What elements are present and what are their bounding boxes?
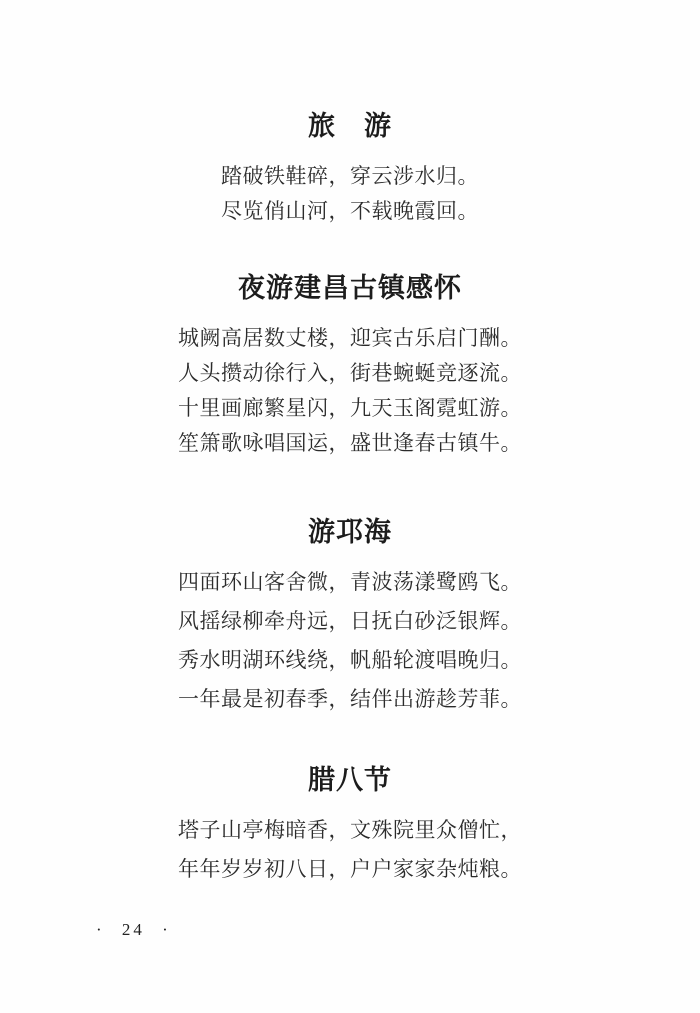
page-content: 旅 游 踏破铁鞋碎，穿云涉水归。尽览俏山河，不载晚霞回。 夜游建昌古镇感怀 城阙… — [0, 112, 700, 882]
poem-line: 踏破铁鞋碎，穿云涉水归。 — [0, 164, 700, 189]
poem-section: 夜游建昌古镇感怀 城阙高居数丈楼，迎宾古乐启门酬。人头攒动徐行入，街巷蜿蜒竞逐流… — [0, 274, 700, 456]
poem-section: 腊八节 塔子山亭梅暗香，文殊院里众僧忙，年年岁岁初八日，户户家家杂炖粮。 — [0, 766, 700, 882]
poem-line: 塔子山亭梅暗香，文殊院里众僧忙， — [0, 818, 700, 843]
poem-section: 旅 游 踏破铁鞋碎，穿云涉水归。尽览俏山河，不载晚霞回。 — [0, 112, 700, 224]
poem-line: 四面环山客舍微，青波荡漾鹭鸥飞。 — [0, 570, 700, 595]
poem-line: 一年最是初春季，结伴出游趁芳菲。 — [0, 687, 700, 712]
poem-title: 腊八节 — [0, 766, 700, 794]
poem-line: 秀水明湖环线绕，帆船轮渡唱晚归。 — [0, 648, 700, 673]
poem-section: 游邛海 四面环山客舍微，青波荡漾鹭鸥飞。风摇绿柳牵舟远，日抚白砂泛银辉。秀水明湖… — [0, 518, 700, 712]
poem-line: 年年岁岁初八日，户户家家杂炖粮。 — [0, 857, 700, 882]
poem-title: 夜游建昌古镇感怀 — [0, 274, 700, 302]
poem-line: 十里画廊繁星闪，九天玉阁霓虹游。 — [0, 396, 700, 421]
poem-line: 城阙高居数丈楼，迎宾古乐启门酬。 — [0, 326, 700, 351]
page-footer: · 24 · — [0, 920, 700, 940]
poem-line: 风摇绿柳牵舟远，日抚白砂泛银辉。 — [0, 609, 700, 634]
page-number: · 24 · — [96, 920, 171, 939]
poem-title: 旅 游 — [0, 112, 700, 140]
book-page: 旅 游 踏破铁鞋碎，穿云涉水归。尽览俏山河，不载晚霞回。 夜游建昌古镇感怀 城阙… — [0, 0, 700, 1013]
poem-line: 人头攒动徐行入，街巷蜿蜒竞逐流。 — [0, 361, 700, 386]
poem-title: 游邛海 — [0, 518, 700, 546]
poem-line: 笙箫歌咏唱国运，盛世逢春古镇牛。 — [0, 431, 700, 456]
poem-line: 尽览俏山河，不载晚霞回。 — [0, 199, 700, 224]
